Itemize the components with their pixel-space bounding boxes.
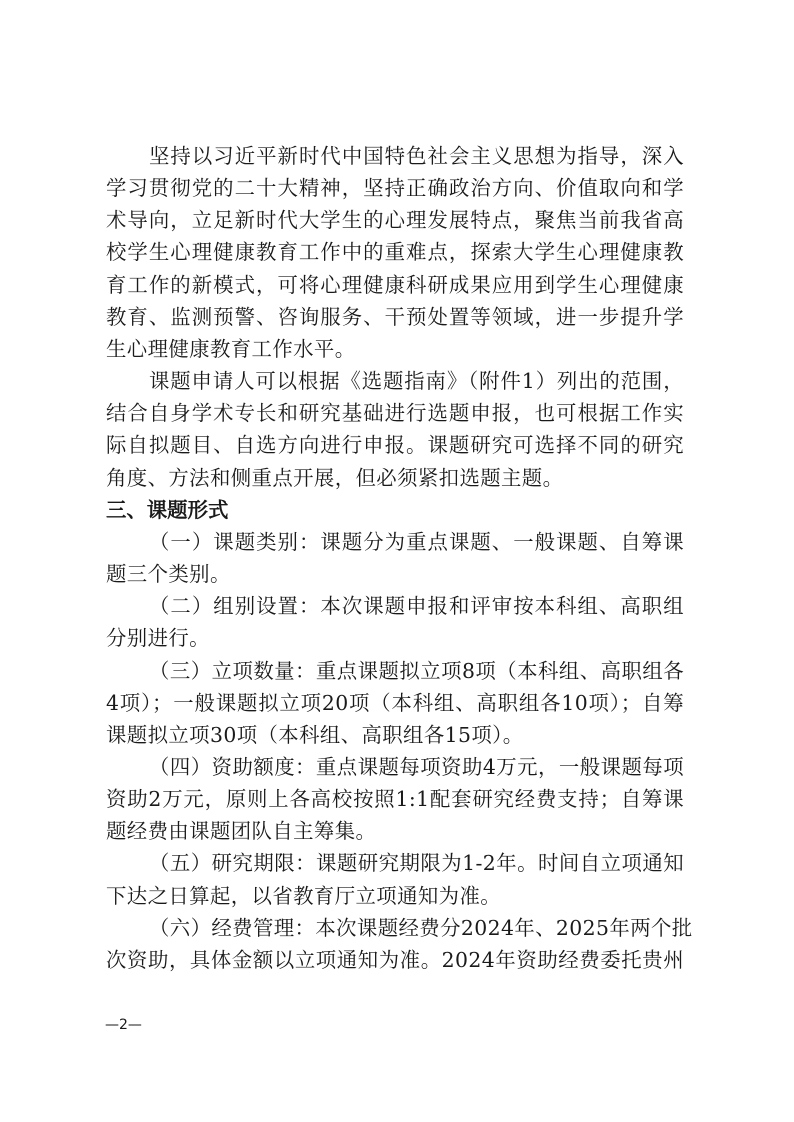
text-line: 术导向，立足新时代大学生的心理发展特点，聚焦当前我省高 <box>106 204 684 236</box>
text-line: 分别进行。 <box>106 622 684 654</box>
paragraph-guiding-principle: 坚持以习近平新时代中国特色社会主义思想为指导，深入 学习贯彻党的二十大精神，坚持… <box>106 140 684 365</box>
text-line: 资助2万元，原则上各高校按照1:1配套研究经费支持；自筹课 <box>106 783 684 815</box>
text-line: 课题拟立项30项（本科组、高职组各15项）。 <box>106 719 684 751</box>
text-line: 校学生心理健康教育工作中的重难点，探索大学生心理健康教 <box>106 236 684 268</box>
text-line: 题经费由课题团队自主筹集。 <box>106 815 684 847</box>
paragraph-funding-management: （六）经费管理：本次课题经费分2024年、2025年两个批 次资助，具体金额以立… <box>106 912 684 976</box>
text-line: （六）经费管理：本次课题经费分2024年、2025年两个批 <box>106 912 684 944</box>
paragraph-topic-selection: 课题申请人可以根据《选题指南》（附件1）列出的范围， 结合自身学术专长和研究基础… <box>106 365 684 494</box>
text-line: 教育、监测预警、咨询服务、干预处置等领域，进一步提升学 <box>106 301 684 333</box>
paragraph-topic-categories: （一）课题类别：课题分为重点课题、一般课题、自筹课 题三个类别。 <box>106 526 684 590</box>
text-line: 题三个类别。 <box>106 558 684 590</box>
paragraph-group-settings: （二）组别设置：本次课题申报和评审按本科组、高职组 分别进行。 <box>106 590 684 654</box>
text-line: 4项）；一般课题拟立项20项（本科组、高职组各10项）；自筹 <box>106 687 684 719</box>
text-line: （四）资助额度：重点课题每项资助4万元，一般课题每项 <box>106 751 684 783</box>
text-line: （三）立项数量：重点课题拟立项8项（本科组、高职组各 <box>106 655 684 687</box>
paragraph-project-quantity: （三）立项数量：重点课题拟立项8项（本科组、高职组各 4项）；一般课题拟立项20… <box>106 655 684 751</box>
section-heading: 三、课题形式 <box>106 494 684 526</box>
text-line: 坚持以习近平新时代中国特色社会主义思想为指导，深入 <box>106 140 684 172</box>
text-line: 角度、方法和侧重点开展，但必须紧扣选题主题。 <box>106 462 684 494</box>
text-line: 结合自身学术专长和研究基础进行选题申报，也可根据工作实 <box>106 397 684 429</box>
text-line: 次资助，具体金额以立项通知为准。2024年资助经费委托贵州 <box>106 944 684 976</box>
text-line: （五）研究期限：课题研究期限为1-2年。时间自立项通知 <box>106 847 684 879</box>
text-line: 课题申请人可以根据《选题指南》（附件1）列出的范围， <box>106 365 684 397</box>
paragraph-research-period: （五）研究期限：课题研究期限为1-2年。时间自立项通知 下达之日算起，以省教育厅… <box>106 847 684 911</box>
page-number: —2— <box>105 1017 142 1033</box>
text-line: 育工作的新模式，可将心理健康科研成果应用到学生心理健康 <box>106 269 684 301</box>
text-line: （二）组别设置：本次课题申报和评审按本科组、高职组 <box>106 590 684 622</box>
paragraph-funding-amount: （四）资助额度：重点课题每项资助4万元，一般课题每项 资助2万元，原则上各高校按… <box>106 751 684 847</box>
text-line: 学习贯彻党的二十大精神，坚持正确政治方向、价值取向和学 <box>106 172 684 204</box>
text-line: 际自拟题目、自选方向进行申报。课题研究可选择不同的研究 <box>106 429 684 461</box>
text-line: 下达之日算起，以省教育厅立项通知为准。 <box>106 880 684 912</box>
text-line: 生心理健康教育工作水平。 <box>106 333 684 365</box>
text-line: （一）课题类别：课题分为重点课题、一般课题、自筹课 <box>106 526 684 558</box>
document-page: 坚持以习近平新时代中国特色社会主义思想为指导，深入 学习贯彻党的二十大精神，坚持… <box>0 0 794 1122</box>
document-body: 坚持以习近平新时代中国特色社会主义思想为指导，深入 学习贯彻党的二十大精神，坚持… <box>106 140 684 976</box>
